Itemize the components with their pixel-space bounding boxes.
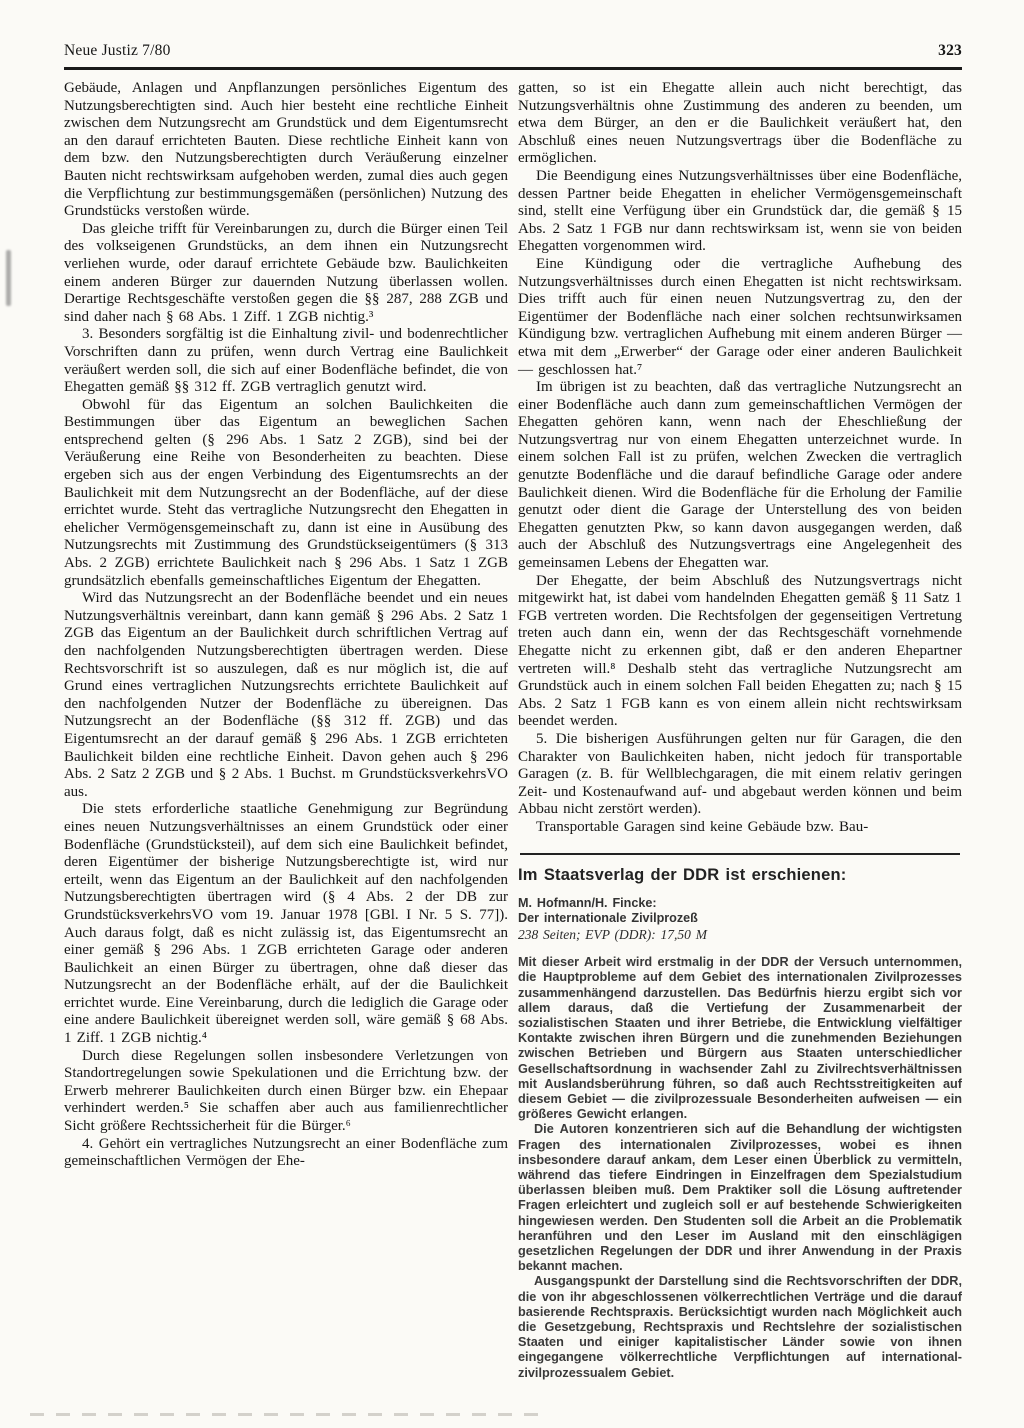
ad-heading: Im Staatsverlag der DDR ist erschienen: <box>518 867 962 885</box>
ad-authors: M. Hofmann/H. Fincke: <box>518 896 962 911</box>
scan-artifact <box>6 250 11 306</box>
body-paragraph: Obwohl für das Eigentum an solchen Bauli… <box>64 397 508 591</box>
left-column: Gebäude, Anlagen und Anpflanzungen persö… <box>64 80 508 1381</box>
body-paragraph: Gebäude, Anlagen und Anpflanzungen persö… <box>64 80 508 221</box>
article-body: Gebäude, Anlagen und Anpflanzungen persö… <box>64 80 962 1381</box>
page-header: Neue Justiz 7/80 323 <box>64 42 962 60</box>
ad-paragraph: Die Autoren konzentrieren sich auf die B… <box>518 1122 962 1274</box>
header-rule <box>64 67 962 70</box>
scanned-journal-page: Neue Justiz 7/80 323 Gebäude, Anlagen un… <box>0 0 1024 1428</box>
body-paragraph: Wird das Nutzungsrecht an der Bodenfläch… <box>64 590 508 801</box>
body-paragraph: gatten, so ist ein Ehegatte allein auch … <box>518 80 962 168</box>
journal-title: Neue Justiz 7/80 <box>64 42 171 60</box>
body-paragraph: 4. Gehört ein vertragliches Nutzungsrech… <box>64 1136 508 1171</box>
page-number: 323 <box>938 42 962 60</box>
body-paragraph: Der Ehegatte, der beim Abschluß des Nutz… <box>518 573 962 731</box>
body-paragraph: Die stets erforderliche staatliche Geneh… <box>64 801 508 1047</box>
body-paragraph: Transportable Garagen sind keine Gebäude… <box>518 819 962 837</box>
ad-paragraph: Mit dieser Arbeit wird erstmalig in der … <box>518 955 962 1122</box>
body-paragraph: 3. Besonders sorgfältig ist die Einhaltu… <box>64 326 508 396</box>
ad-book-details: 238 Seiten; EVP (DDR): 17,50 M <box>518 927 962 943</box>
ad-paragraph: Ausgangspunkt der Darstellung sind die R… <box>518 1274 962 1380</box>
ad-body: Mit dieser Arbeit wird erstmalig in der … <box>518 955 962 1381</box>
book-advertisement: Im Staatsverlag der DDR ist erschienen: … <box>518 867 962 1381</box>
ad-separator-rule <box>520 853 960 855</box>
body-paragraph: Im übrigen ist zu beachten, daß das vert… <box>518 379 962 573</box>
body-paragraph: Die Beendigung eines Nutzungsverhältniss… <box>518 168 962 256</box>
body-paragraph: Das gleiche trifft für Vereinbarungen zu… <box>64 221 508 327</box>
ad-book-title: Der internationale Zivilprozeß <box>518 911 962 926</box>
body-paragraph: Eine Kündigung oder die vertragliche Auf… <box>518 256 962 379</box>
body-paragraph: Durch diese Regelungen sollen insbesonde… <box>64 1048 508 1136</box>
right-column: gatten, so ist ein Ehegatte allein auch … <box>518 80 962 1381</box>
body-paragraph: 5. Die bisherigen Ausführungen gelten nu… <box>518 731 962 819</box>
scan-artifact <box>30 1413 550 1416</box>
